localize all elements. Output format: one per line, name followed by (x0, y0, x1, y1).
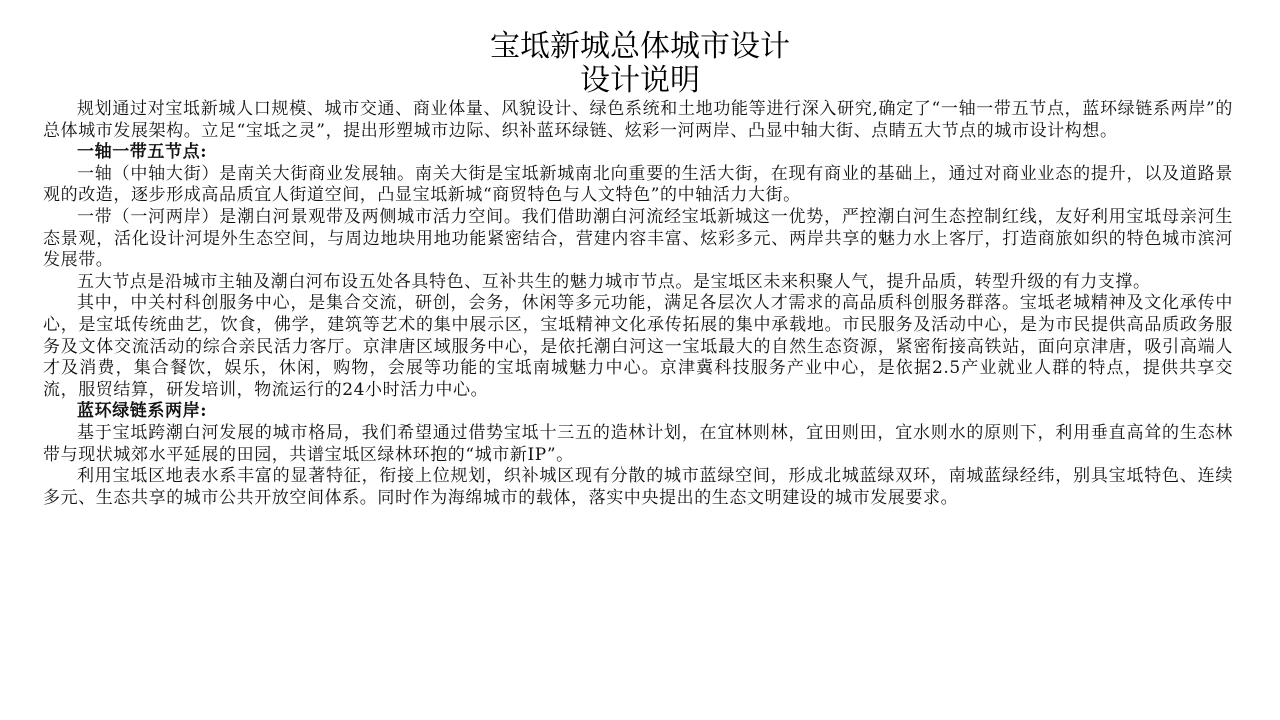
paragraph-water-system: 利用宝坻区地表水系丰富的显著特征，衔接上位规划，织补城区现有分散的城市蓝绿空间，… (43, 466, 1233, 509)
page-title: 宝坻新城总体城市设计 (0, 30, 1280, 64)
paragraph-node-details: 其中，中关村科创服务中心，是集合交流，研创，会务，休闲等多元功能，满足各层次人才… (43, 293, 1233, 401)
paragraph-five-nodes: 五大节点是沿城市主轴及潮白河布设五处各具特色、互补共生的魅力城市节点。是宝坻区未… (43, 272, 1233, 294)
paragraph-central-axis: 一轴（中轴大街）是南关大街商业发展轴。南关大街是宝坻新城南北向重要的生活大街，在… (43, 164, 1233, 207)
section-heading-axis-belt-nodes: 一轴一带五节点: (43, 142, 1233, 164)
page-subtitle: 设计说明 (0, 64, 1280, 98)
paragraph-river-belt: 一带（一河两岸）是潮白河景观带及两侧城市活力空间。我们借助潮白河流经宝坻新城这一… (43, 207, 1233, 272)
paragraph-intro: 规划通过对宝坻新城人口规模、城市交通、商业体量、风貌设计、绿色系统和土地功能等进… (43, 99, 1233, 142)
document-body: 规划通过对宝坻新城人口规模、城市交通、商业体量、风貌设计、绿色系统和土地功能等进… (43, 99, 1233, 509)
section-heading-blue-green: 蓝环绿链系两岸: (43, 401, 1233, 423)
paragraph-forest-plan: 基于宝坻跨潮白河发展的城市格局，我们希望通过借势宝坻十三五的造林计划，在宜林则林… (43, 423, 1233, 466)
